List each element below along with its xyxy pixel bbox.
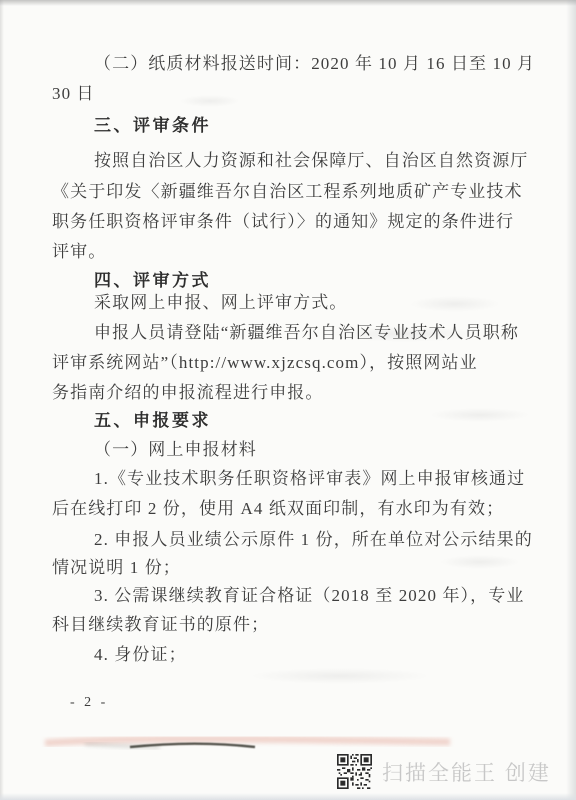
doc-line: 3. 公需课继续教育证合格证（2018 至 2020 年），专业 xyxy=(94,585,570,607)
scan-bottom-edge xyxy=(0,793,576,800)
doc-line: （二）纸质材料报送时间：2020 年 10 月 16 日至 10 月 xyxy=(94,53,570,75)
doc-line: 情况说明 1 份； xyxy=(52,557,528,579)
section-heading: 三、评审条件 xyxy=(94,115,570,137)
scan-noise xyxy=(250,668,430,684)
section-heading: 五、申报要求 xyxy=(94,410,570,432)
doc-line: 评审。 xyxy=(52,241,528,263)
camscanner-watermark: 扫描全能王 创建 xyxy=(336,754,551,789)
doc-line: 务指南介绍的申报流程进行申报。 xyxy=(52,382,528,404)
doc-line: 2. 申报人员业绩公示原件 1 份，所在单位对公示结果的 xyxy=(94,529,570,551)
doc-line: 4. 身份证； xyxy=(94,644,570,666)
doc-line: 后在线打印 2 份，使用 A4 纸双面印制，有水印为有效； xyxy=(52,498,528,520)
scan-top-edge xyxy=(0,0,576,6)
page-number: - 2 - xyxy=(70,695,108,711)
doc-line: 30 日 xyxy=(52,83,528,105)
doc-line: 1.《专业技术职务任职资格评审表》网上申报审核通过 xyxy=(94,468,570,490)
doc-line: 申报人员请登陆“新疆维吾尔自治区专业技术人员职称 xyxy=(94,322,570,344)
doc-line: 科目继续教育证书的原件； xyxy=(52,614,528,636)
doc-line: 按照自治区人力资源和社会保障厅、自治区自然资源厅 xyxy=(94,150,570,172)
doc-line: 评审系统网站”（http://www.xjzcsq.com），按照网站业 xyxy=(52,352,528,374)
document-page: （二）纸质材料报送时间：2020 年 10 月 16 日至 10 月 30 日 … xyxy=(0,0,576,800)
doc-line: （一）网上申报材料 xyxy=(94,439,570,461)
scan-left-edge xyxy=(0,0,4,800)
doc-line: 采取网上申报、网上评审方式。 xyxy=(94,292,570,314)
watermark-label: 扫描全能王 创建 xyxy=(382,757,551,787)
qr-code-icon xyxy=(336,754,373,789)
doc-line: 《关于印发〈新疆维吾尔自治区工程系列地质矿产专业技术 xyxy=(52,181,528,203)
section-heading: 四、评审方式 xyxy=(94,270,570,292)
doc-line: 职务任职资格评审条件（试行）〉的通知》规定的条件进行 xyxy=(52,211,528,233)
